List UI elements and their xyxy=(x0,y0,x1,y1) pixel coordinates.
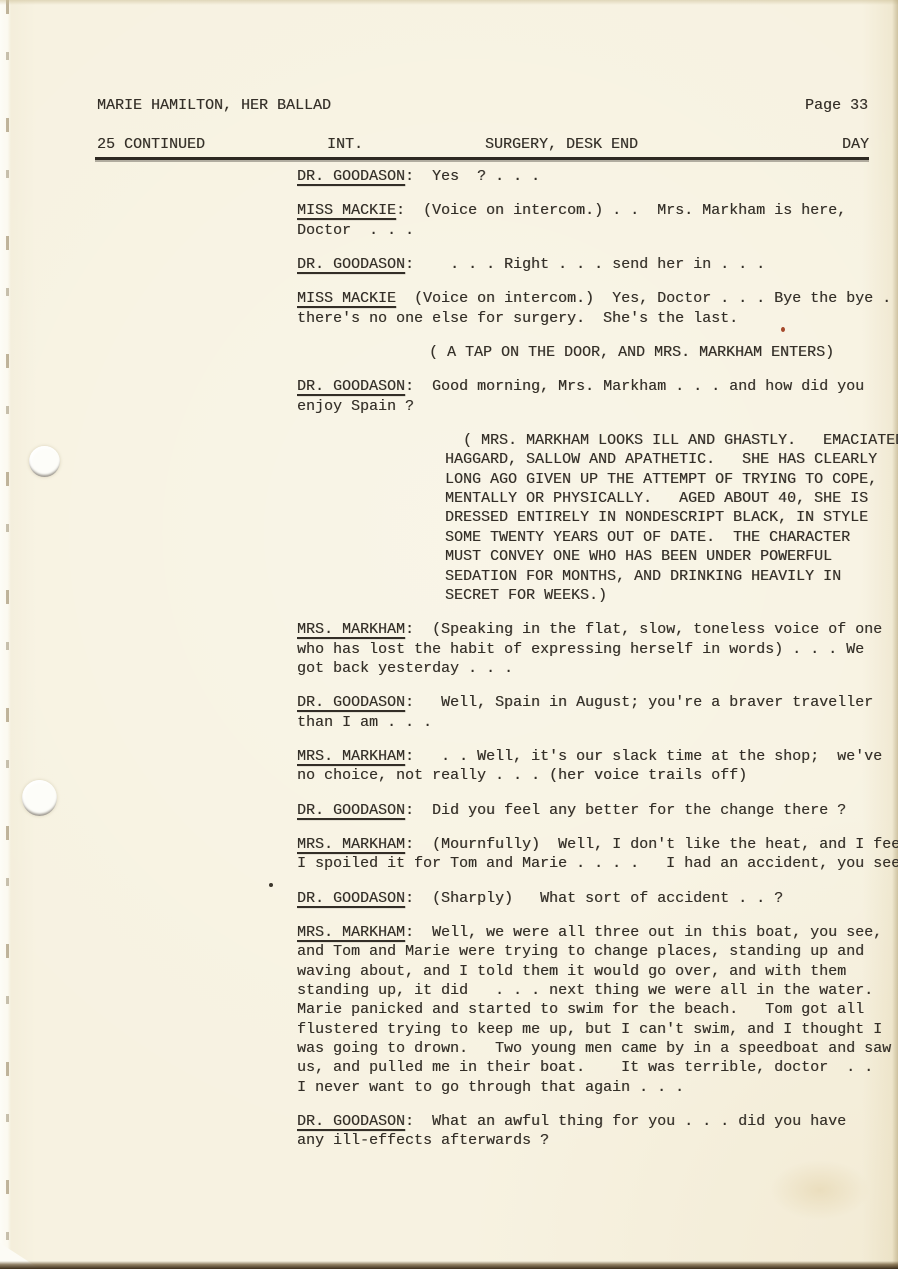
page-title: MARIE HAMILTON, HER BALLAD xyxy=(97,96,331,115)
script-line: than I am . . . xyxy=(297,713,898,732)
character-name: MRS. MARKHAM xyxy=(297,924,405,941)
page-number: Page 33 xyxy=(805,96,868,115)
script-line: waving about, and I told them it would g… xyxy=(297,962,898,981)
stage-direction-block: ( MRS. MARKHAM LOOKS ILL AND GHASTLY. EM… xyxy=(445,431,898,605)
dialogue-block: DR. GOODASON: . . . Right . . . send her… xyxy=(297,255,898,274)
script-line: no choice, not really . . . (her voice t… xyxy=(297,766,898,785)
script-line: MUST CONVEY ONE WHO HAS BEEN UNDER POWER… xyxy=(445,547,898,566)
script-line: Doctor . . . xyxy=(297,221,898,240)
character-name: MRS. MARKHAM xyxy=(297,621,405,638)
script-line: DR. GOODASON: . . . Right . . . send her… xyxy=(297,255,898,274)
script-line: MRS. MARKHAM: . . Well, it's our slack t… xyxy=(297,747,898,766)
script-page-scan: MARIE HAMILTON, HER BALLAD Page 33 25 CO… xyxy=(0,0,898,1269)
dialogue-block: MRS. MARKHAM: . . Well, it's our slack t… xyxy=(297,747,898,786)
script-line: ( MRS. MARKHAM LOOKS ILL AND GHASTLY. EM… xyxy=(445,431,898,450)
character-name: DR. GOODASON xyxy=(297,256,405,273)
script-line: HAGGARD, SALLOW AND APATHETIC. SHE HAS C… xyxy=(445,450,898,469)
script-line: I spoiled it for Tom and Marie . . . . I… xyxy=(297,854,898,873)
character-name: DR. GOODASON xyxy=(297,694,405,711)
scene-number: 25 CONTINUED xyxy=(97,135,205,154)
script-line: and Tom and Marie were trying to change … xyxy=(297,942,898,961)
scene-heading: 25 CONTINUED INT. SURGERY, DESK END DAY xyxy=(95,133,869,160)
character-name: MRS. MARKHAM xyxy=(297,748,405,765)
scene-int-ext: INT. xyxy=(327,135,363,154)
dialogue-block: MISS MACKIE: (Voice on intercom.) . . Mr… xyxy=(297,201,898,240)
script-line: DR. GOODASON: (Sharply) What sort of acc… xyxy=(297,889,898,908)
script-line: LONG AGO GIVEN UP THE ATTEMPT OF TRYING … xyxy=(445,470,898,489)
paper-edge-bottom xyxy=(0,1261,898,1269)
dialogue-block: DR. GOODASON: Good morning, Mrs. Markham… xyxy=(297,377,898,416)
script-line: there's no one else for surgery. She's t… xyxy=(297,309,898,328)
dialogue-block: MRS. MARKHAM: (Speaking in the flat, slo… xyxy=(297,620,898,678)
script-line: got back yesterday . . . xyxy=(297,659,898,678)
paper-edge-top xyxy=(0,0,898,5)
page-header: MARIE HAMILTON, HER BALLAD Page 33 xyxy=(97,96,868,115)
script-line: SOME TWENTY YEARS OUT OF DATE. THE CHARA… xyxy=(445,528,898,547)
script-line: MRS. MARKHAM: Well, we were all three ou… xyxy=(297,923,898,942)
dialogue-block: DR. GOODASON: What an awful thing for yo… xyxy=(297,1112,898,1151)
script-line: SEDATION FOR MONTHS, AND DRINKING HEAVIL… xyxy=(445,567,898,586)
hole-punch-top xyxy=(29,446,60,477)
dialogue-block: MISS MACKIE (Voice on intercom.) Yes, Do… xyxy=(297,289,898,328)
character-name: MISS MACKIE xyxy=(297,290,396,307)
script-line: DR. GOODASON: Yes ? . . . xyxy=(297,167,898,186)
character-name: DR. GOODASON xyxy=(297,890,405,907)
script-line: I never want to go through that again . … xyxy=(297,1078,898,1097)
script-line: MISS MACKIE: (Voice on intercom.) . . Mr… xyxy=(297,201,898,220)
character-name: MRS. MARKHAM xyxy=(297,836,405,853)
script-line: standing up, it did . . . next thing we … xyxy=(297,981,898,1000)
dialogue-block: DR. GOODASON: Yes ? . . . xyxy=(297,167,898,186)
script-line: MRS. MARKHAM: (Mournfully) Well, I don't… xyxy=(297,835,898,854)
scene-time: DAY xyxy=(842,135,869,154)
dialogue-block: DR. GOODASON: Well, Spain in August; you… xyxy=(297,693,898,732)
script-line: DR. GOODASON: What an awful thing for yo… xyxy=(297,1112,898,1131)
dialogue-block: DR. GOODASON: (Sharply) What sort of acc… xyxy=(297,889,898,908)
script-line: flustered trying to keep me up, but I ca… xyxy=(297,1020,898,1039)
scene-location: SURGERY, DESK END xyxy=(485,135,638,154)
script-line: who has lost the habit of expressing her… xyxy=(297,640,898,659)
script-line: DR. GOODASON: Did you feel any better fo… xyxy=(297,801,898,820)
character-name: DR. GOODASON xyxy=(297,1113,405,1130)
red-speck xyxy=(781,327,785,332)
script-line: ( A TAP ON THE DOOR, AND MRS. MARKHAM EN… xyxy=(429,343,898,362)
character-name: DR. GOODASON xyxy=(297,168,405,185)
character-name: DR. GOODASON xyxy=(297,378,405,395)
dialogue-block: MRS. MARKHAM: (Mournfully) Well, I don't… xyxy=(297,835,898,874)
dialogue-block: DR. GOODASON: Did you feel any better fo… xyxy=(297,801,898,820)
stage-direction-block: ( A TAP ON THE DOOR, AND MRS. MARKHAM EN… xyxy=(429,343,898,362)
script-line: DR. GOODASON: Well, Spain in August; you… xyxy=(297,693,898,712)
character-name: DR. GOODASON xyxy=(297,802,405,819)
script-line: Marie panicked and started to swim for t… xyxy=(297,1000,898,1019)
script-line: enjoy Spain ? xyxy=(297,397,898,416)
script-line: any ill-effects afterwards ? xyxy=(297,1131,898,1150)
paper-tear-marks xyxy=(6,0,9,1269)
character-name: MISS MACKIE xyxy=(297,202,396,219)
script-line: MENTALLY OR PHYSICALLY. AGED ABOUT 40, S… xyxy=(445,489,898,508)
paper-stain xyxy=(770,1160,870,1220)
script-line: MRS. MARKHAM: (Speaking in the flat, slo… xyxy=(297,620,898,639)
script-line: MISS MACKIE (Voice on intercom.) Yes, Do… xyxy=(297,289,898,308)
script-line: us, and pulled me in their boat. It was … xyxy=(297,1058,898,1077)
script-body: DR. GOODASON: Yes ? . . .MISS MACKIE: (V… xyxy=(297,167,898,1166)
script-line: was going to drown. Two young men came b… xyxy=(297,1039,898,1058)
script-line: DR. GOODASON: Good morning, Mrs. Markham… xyxy=(297,377,898,396)
hole-punch-bottom xyxy=(22,780,57,816)
ink-speck xyxy=(269,883,273,887)
script-line: SECRET FOR WEEKS.) xyxy=(445,586,898,605)
dialogue-block: MRS. MARKHAM: Well, we were all three ou… xyxy=(297,923,898,1097)
script-line: DRESSED ENTIRELY IN NONDESCRIPT BLACK, I… xyxy=(445,508,898,527)
